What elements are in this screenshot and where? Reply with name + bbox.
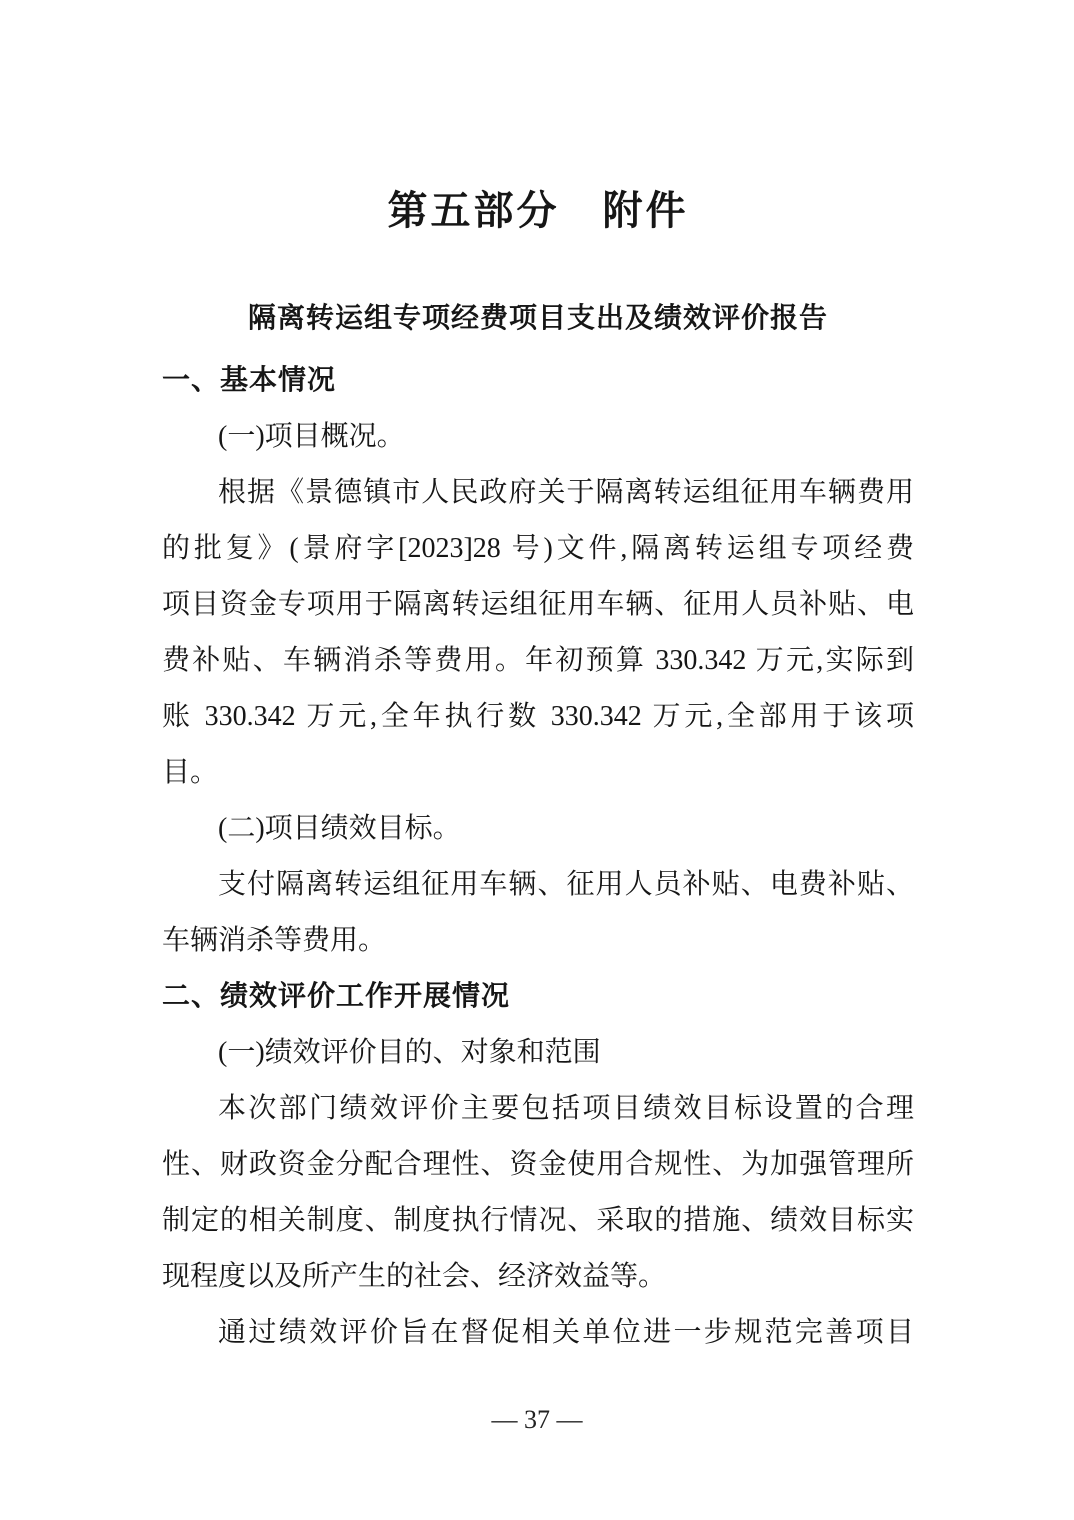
section-heading: 一、基本情况 — [162, 353, 914, 409]
paragraph-line: 的批复》(景府字[2023]28 号)文件,隔离转运组专项经费 — [162, 521, 914, 577]
section-heading: 二、绩效评价工作开展情况 — [162, 969, 914, 1025]
paragraph-line: 车辆消杀等费用。 — [162, 913, 914, 969]
paragraph-line: 通过绩效评价旨在督促相关单位进一步规范完善项目 — [162, 1305, 914, 1361]
page-number: — 37 — — [0, 1402, 1074, 1438]
document-page: 第五部分 附件 隔离转运组专项经费项目支出及绩效评价报告 一、基本情况(一)项目… — [0, 0, 1074, 1520]
paragraph-line: (一)绩效评价目的、对象和范围 — [162, 1025, 914, 1081]
paragraph-line: 性、财政资金分配合理性、资金使用合规性、为加强管理所 — [162, 1137, 914, 1193]
paragraph-line: 制定的相关制度、制度执行情况、采取的措施、绩效目标实 — [162, 1193, 914, 1249]
paragraph-line: 项目资金专项用于隔离转运组征用车辆、征用人员补贴、电 — [162, 577, 914, 633]
paragraph-line: (二)项目绩效目标。 — [162, 801, 914, 857]
page-content: 第五部分 附件 隔离转运组专项经费项目支出及绩效评价报告 一、基本情况(一)项目… — [162, 185, 914, 1361]
paragraph-line: 目。 — [162, 745, 914, 801]
paragraph-line: 根据《景德镇市人民政府关于隔离转运组征用车辆费用 — [162, 465, 914, 521]
body-text: 一、基本情况(一)项目概况。根据《景德镇市人民政府关于隔离转运组征用车辆费用的批… — [162, 353, 914, 1361]
document-title: 第五部分 附件 — [162, 185, 914, 237]
paragraph-line: 账 330.342 万元,全年执行数 330.342 万元,全部用于该项 — [162, 689, 914, 745]
report-subtitle: 隔离转运组专项经费项目支出及绩效评价报告 — [162, 299, 914, 339]
paragraph-line: 本次部门绩效评价主要包括项目绩效目标设置的合理 — [162, 1081, 914, 1137]
paragraph-line: 现程度以及所产生的社会、经济效益等。 — [162, 1249, 914, 1305]
paragraph-line: (一)项目概况。 — [162, 409, 914, 465]
paragraph-line: 费补贴、车辆消杀等费用。年初预算 330.342 万元,实际到 — [162, 633, 914, 689]
paragraph-line: 支付隔离转运组征用车辆、征用人员补贴、电费补贴、 — [162, 857, 914, 913]
